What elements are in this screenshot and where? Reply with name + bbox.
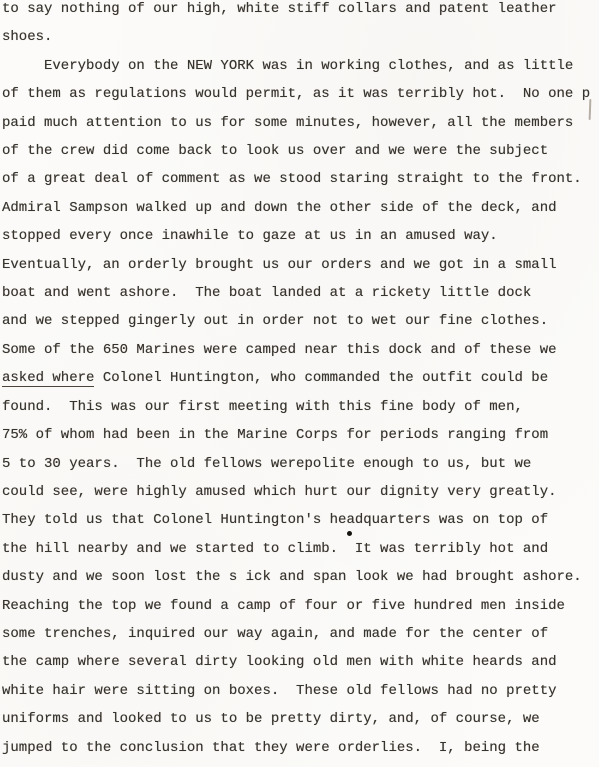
text-line: the hill nearby and we started to climb.… [2,535,599,563]
text-line: could see, were highly amused which hurt… [2,478,599,506]
text-line: to say nothing of our high, white stiff … [2,0,599,23]
text-line: boat and went ashore. The boat landed at… [2,279,599,307]
underlined-phrase: asked where [2,370,94,387]
text-line: Everybody on the NEW YORK was in working… [2,52,599,80]
text-line: dusty and we soon lost the s ick and spa… [2,563,599,591]
text-line: Some of the 650 Marines were camped near… [2,336,599,364]
text-line: paid much attention to us for some minut… [2,109,599,137]
text-line: asked where Colonel Huntington, who comm… [2,364,599,392]
document-page: to say nothing of our high, white stiff … [0,0,599,767]
text-line: 75% of whom had been in the Marine Corps… [2,421,599,449]
text-line: some trenches, inquired our way again, a… [2,620,599,648]
text-line: shoes. [2,23,599,51]
text-line: Reaching the top we found a camp of four… [2,592,599,620]
text-block: to say nothing of our high, white stiff … [2,0,599,762]
text-line: Eventually, an orderly brought us our or… [2,251,599,279]
text-line: the camp where several dirty looking old… [2,648,599,676]
text-line: found. This was our first meeting with t… [2,393,599,421]
text-line: of the crew did come back to look us ove… [2,137,599,165]
text-line: They told us that Colonel Huntington's h… [2,506,599,534]
text-line: 5 to 30 years. The old fellows werepolit… [2,450,599,478]
text-line: white hair were sitting on boxes. These … [2,677,599,705]
stray-ink-dot [347,531,352,536]
text-line: Admiral Sampson walked up and down the o… [2,194,599,222]
text-line: of a great deal of comment as we stood s… [2,165,599,193]
text-line: and we stepped gingerly out in order not… [2,307,599,335]
text-line: of them as regulations would permit, as … [2,80,599,108]
text-line: jumped to the conclusion that they were … [2,734,599,762]
text-line: stopped every once inawhile to gaze at u… [2,222,599,250]
text-line: uniforms and looked to us to be pretty d… [2,705,599,733]
